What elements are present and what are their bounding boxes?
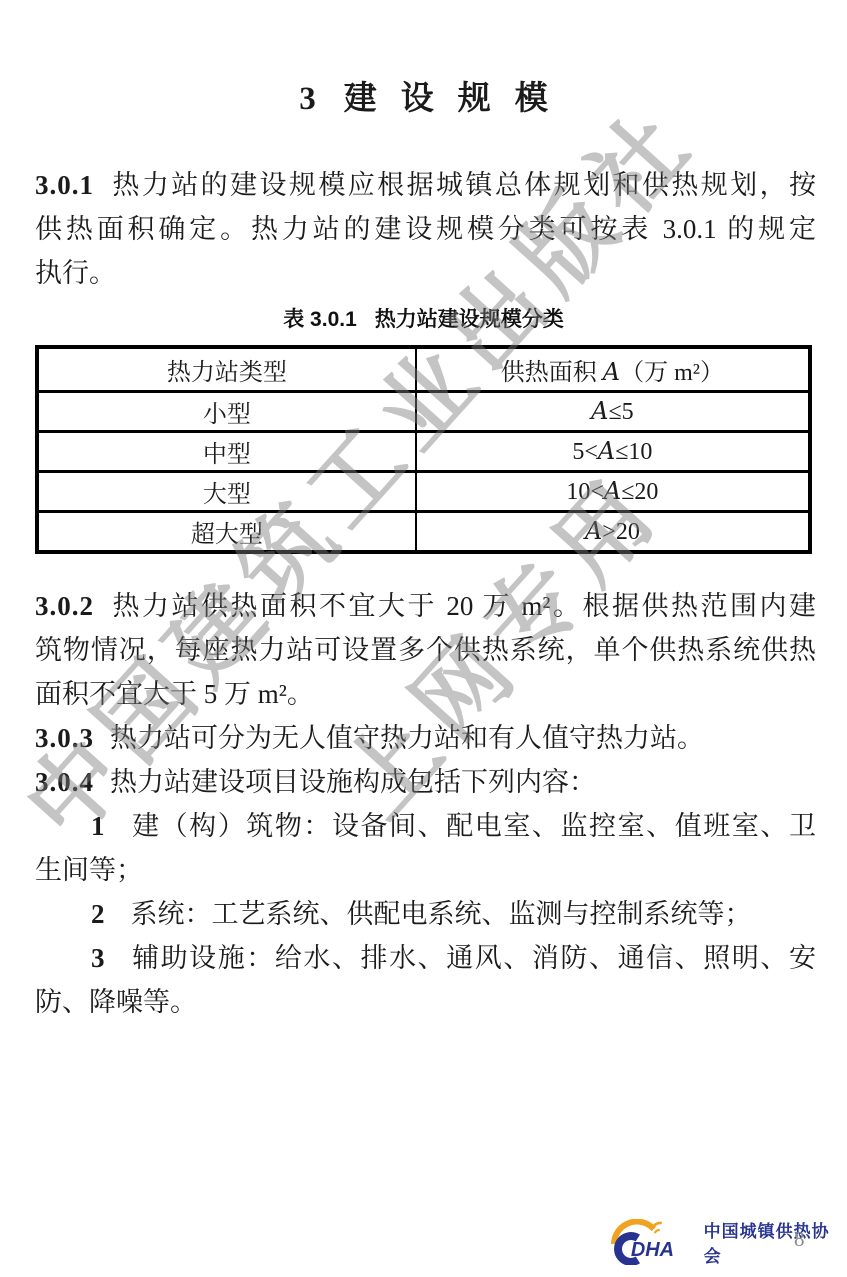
document-page: 3建设规模 3.0.1热力站的建设规模应根据城镇总体规划和供热规划，按 供热面积… xyxy=(0,0,847,1277)
clause-text: 供热面积确定。热力站的建设规模分类可按表 3.0.1 的规定 xyxy=(35,214,816,244)
header-cell-type: 热力站类型 xyxy=(37,347,416,392)
chapter-number: 3 xyxy=(299,81,316,117)
clause-text: 热力站的建设规模应根据城镇总体规划和供热规划，按 xyxy=(110,170,816,200)
org-name: 中国城镇供热协会 xyxy=(704,1217,847,1267)
chapter-title: 3建设规模 xyxy=(0,72,847,119)
clause-text: 筑物情况，每座热力站可设置多个供热系统，单个供热系统供热 xyxy=(35,635,816,665)
clause-text: 执行。 xyxy=(35,258,116,288)
item-text: 辅助设施：给水、排水、通风、消防、通信、照明、安 xyxy=(131,943,817,973)
item-number: 1 xyxy=(91,811,105,841)
clause-text: 热力站供热面积不宜大于 20 万 m²。根据供热范围内建 xyxy=(110,591,816,621)
footer-logo: DHA 中国城镇供热协会 xyxy=(604,1218,847,1266)
text-line: 面积不宜大于 5 万 m²。 xyxy=(35,672,816,716)
list-item-2: 2系统：工艺系统、供配电系统、监测与控制系统等； xyxy=(35,892,816,936)
clause-number: 3.0.3 xyxy=(35,723,94,753)
cell-range: A>20 xyxy=(416,512,810,553)
cell-type: 中型 xyxy=(37,432,416,472)
list-item-3-cont: 防、降噪等。 xyxy=(35,980,816,1024)
table-row: 大型 10<A≤20 xyxy=(37,472,810,512)
text-line: 3.0.2热力站供热面积不宜大于 20 万 m²。根据供热范围内建 xyxy=(35,584,816,628)
cell-type: 超大型 xyxy=(37,512,416,553)
clause-number: 3.0.1 xyxy=(35,170,94,200)
list-item-3: 3辅助设施：给水、排水、通风、消防、通信、照明、安 xyxy=(35,936,816,980)
clauses-body: 3.0.2热力站供热面积不宜大于 20 万 m²。根据供热范围内建 筑物情况，每… xyxy=(35,584,816,1024)
item-text: 系统：工艺系统、供配电系统、监测与控制系统等； xyxy=(131,899,752,929)
clause-text: 热力站建设项目设施构成包括下列内容： xyxy=(110,767,596,797)
item-text: 建（构）筑物：设备间、配电室、监控室、值班室、卫 xyxy=(131,811,817,841)
logo-acronym: DHA xyxy=(631,1239,674,1261)
header-cell-area: 供热面积 A（万 m²） xyxy=(416,347,810,392)
table-caption: 表 3.0.1热力站建设规模分类 xyxy=(0,303,847,333)
table-row: 中型 5<A≤10 xyxy=(37,432,810,472)
cell-range: 10<A≤20 xyxy=(416,472,810,512)
clause-3-0-3: 3.0.3热力站可分为无人值守热力站和有人值守热力站。 xyxy=(35,716,816,760)
clause-number: 3.0.2 xyxy=(35,591,94,621)
table-caption-title: 热力站建设规模分类 xyxy=(375,308,564,331)
list-item-1-cont: 生间等； xyxy=(35,848,816,892)
cell-range: A≤5 xyxy=(416,392,810,432)
table-caption-label: 表 3.0.1 xyxy=(283,308,357,331)
text-line: 3.0.1热力站的建设规模应根据城镇总体规划和供热规划，按 xyxy=(35,163,816,207)
chapter-name: 建设规模 xyxy=(344,81,572,117)
text-line: 筑物情况，每座热力站可设置多个供热系统，单个供热系统供热 xyxy=(35,628,816,672)
table-row: 小型 A≤5 xyxy=(37,392,810,432)
cell-type: 大型 xyxy=(37,472,416,512)
clause-text: 热力站可分为无人值守热力站和有人值守热力站。 xyxy=(110,723,704,753)
item-text: 防、降噪等。 xyxy=(35,987,197,1017)
clause-3-0-1: 3.0.1热力站的建设规模应根据城镇总体规划和供热规划，按 供热面积确定。热力站… xyxy=(35,163,816,295)
cell-type: 小型 xyxy=(37,392,416,432)
text-line: 执行。 xyxy=(35,251,816,295)
cdha-logo-icon: DHA xyxy=(604,1219,698,1265)
list-item-1: 1建（构）筑物：设备间、配电室、监控室、值班室、卫 xyxy=(35,804,816,848)
cell-range: 5<A≤10 xyxy=(416,432,810,472)
table-header-row: 热力站类型 供热面积 A（万 m²） xyxy=(37,347,810,392)
table-row: 超大型 A>20 xyxy=(37,512,810,553)
clause-number: 3.0.4 xyxy=(35,767,94,797)
clause-3-0-4: 3.0.4热力站建设项目设施构成包括下列内容： xyxy=(35,760,816,804)
item-number: 3 xyxy=(91,943,105,973)
table-3-0-1: 热力站类型 供热面积 A（万 m²） 小型 A≤5 中型 5<A≤10 大型 1… xyxy=(35,345,812,554)
clause-text: 面积不宜大于 5 万 m²。 xyxy=(35,679,314,709)
item-text: 生间等； xyxy=(35,855,143,885)
item-number: 2 xyxy=(91,899,105,929)
page-number: 8 xyxy=(794,1227,805,1252)
text-line: 供热面积确定。热力站的建设规模分类可按表 3.0.1 的规定 xyxy=(35,207,816,251)
